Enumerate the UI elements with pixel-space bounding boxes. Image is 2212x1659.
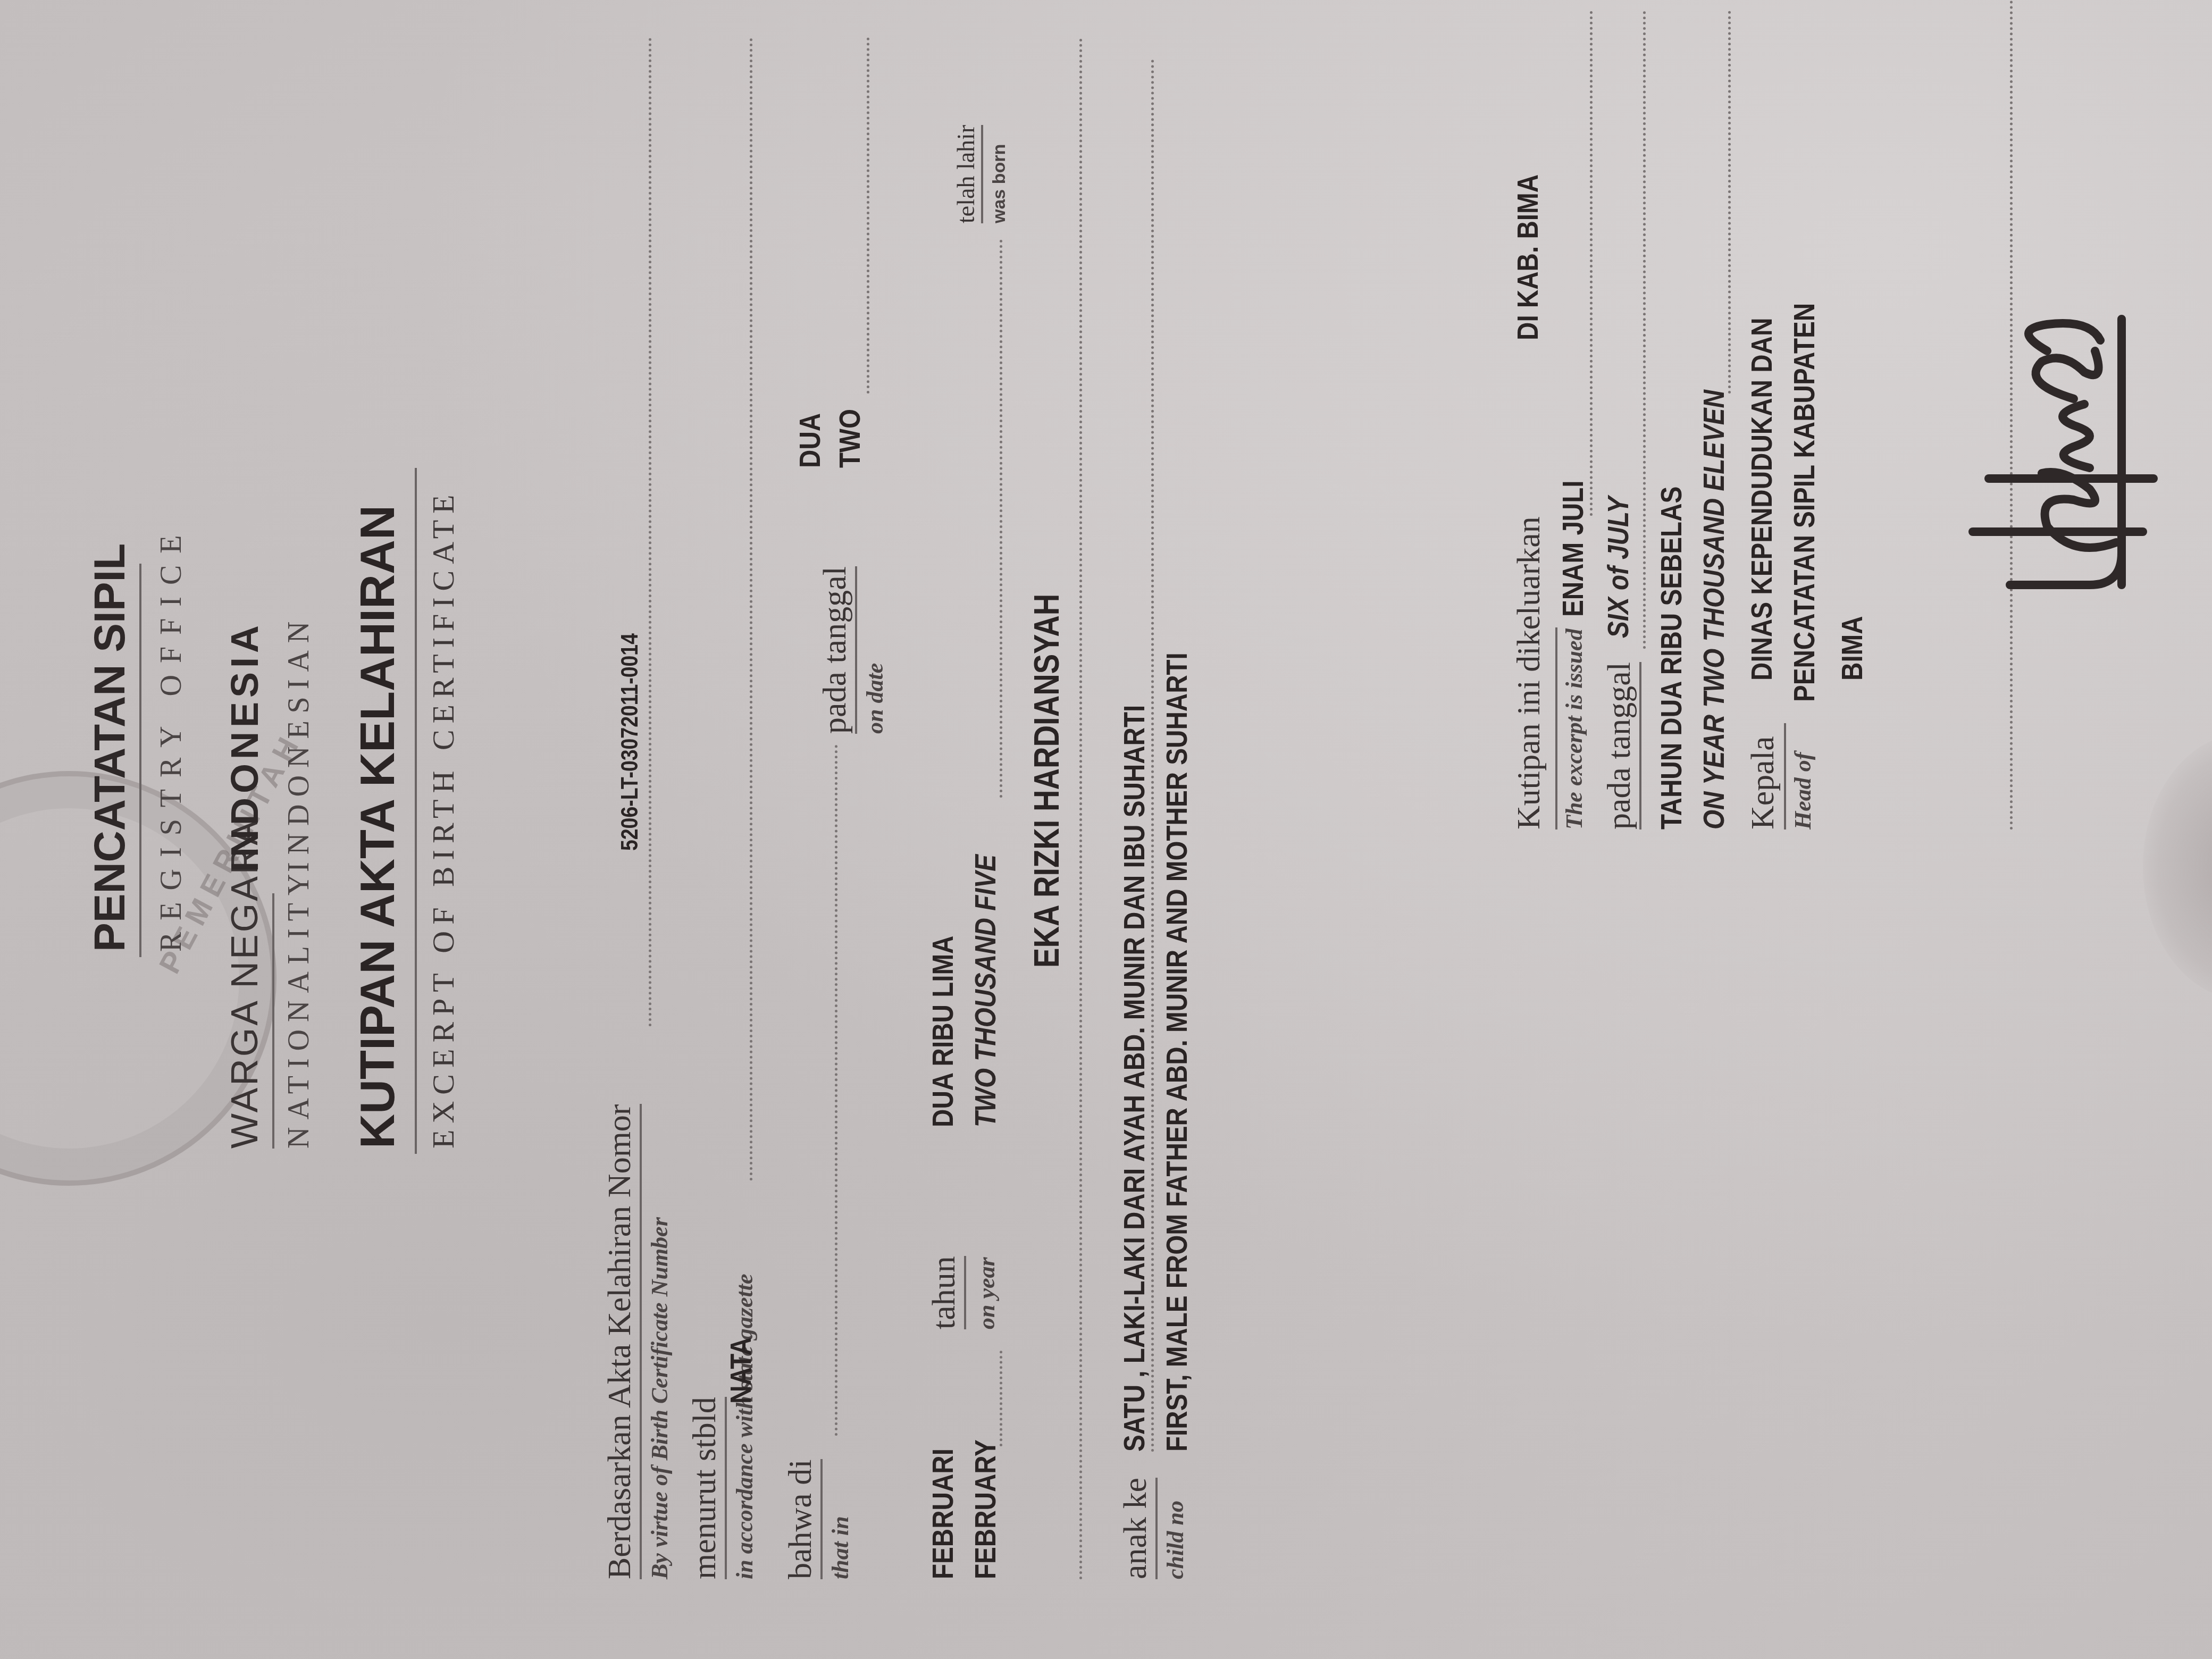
birth-day-en: TWO xyxy=(832,409,867,468)
place-label-en: that in xyxy=(827,1516,854,1579)
issued-year-dotline xyxy=(1728,11,1731,393)
birth-year-en: TWO THOUSAND FIVE xyxy=(968,854,1002,1127)
year-dotline xyxy=(1000,239,1002,798)
stbld-label: menurut stbld xyxy=(686,1397,727,1579)
cert-number-label-en: By virtue of Birth Certificate Number xyxy=(646,1217,673,1579)
issued-date-en: SIX of JULY xyxy=(1601,497,1635,638)
child-description-dotline xyxy=(1151,58,1154,1452)
date-dotline xyxy=(867,37,869,393)
title-underline xyxy=(415,468,417,1154)
cert-number: 5206-LT-03072011-0014 xyxy=(617,633,643,851)
head-value-line3: BIMA xyxy=(1834,616,1869,681)
head-value-line2: PENCATATAN SIPIL KABUPATEN xyxy=(1787,303,1821,702)
certificate-subtitle: EXCERPT OF BIRTH CERTIFICATE xyxy=(425,488,461,1149)
place-dotline xyxy=(835,744,837,1436)
birth-month-en: FEBRUARY xyxy=(968,1439,1002,1579)
child-description-en: FIRST, MALE FROM FATHER ABD. MUNIR AND M… xyxy=(1159,652,1194,1452)
issued-year-id: TAHUN DUA RIBU SEBELAS xyxy=(1654,487,1688,829)
born-label-en: was born xyxy=(989,144,1010,223)
date-label: pada tanggal xyxy=(816,566,857,734)
birth-day-id: DUA xyxy=(792,413,827,468)
stbld-value: NATA xyxy=(723,1337,758,1404)
signature-icon xyxy=(1914,245,2191,649)
nationality-en-value: INDONESIAN xyxy=(282,614,316,872)
cert-number-dotline xyxy=(649,37,651,1026)
year-label: tahun xyxy=(925,1256,966,1329)
place-label: bahwa di xyxy=(782,1459,823,1579)
issued-date-dotline xyxy=(1590,11,1593,516)
child-description-id: SATU , LAKI-LAKI DARI AYAH ABD. MUNIR DA… xyxy=(1117,705,1151,1452)
child-name-dotline xyxy=(1079,37,1082,1579)
child-no-label-en: child no xyxy=(1162,1501,1189,1579)
issued-date-label: pada tanggal xyxy=(1601,662,1641,829)
birth-certificate: PENCATATAN SIPIL REGISTRY OFFICE WARGA N… xyxy=(0,0,2212,1659)
birth-month-id: FEBRUARI xyxy=(925,1448,960,1579)
issued-label-en: The excerpt is issued xyxy=(1561,629,1588,829)
nationality-en-label: NATIONALITY xyxy=(282,867,316,1149)
head-value-line1: DINAS KEPENDUDUKAN DAN xyxy=(1744,318,1779,681)
born-label: telah lahir xyxy=(952,125,983,223)
head-label-en: Head of xyxy=(1789,752,1816,829)
issued-date-id: ENAM JULI xyxy=(1555,480,1590,617)
nationality-value: INDONESIA xyxy=(223,621,267,872)
year-label-en: on year xyxy=(973,1257,1000,1329)
issued-label: Kutipan ini dikeluarkan xyxy=(1510,516,1548,829)
stbld-dotline xyxy=(750,37,752,1180)
stbld-label-en: in accordance with state gazette xyxy=(731,1274,758,1579)
nationality-underline xyxy=(272,893,274,1149)
head-label: Kepala xyxy=(1744,736,1782,829)
office-title: PENCATATAN SIPIL xyxy=(85,543,135,952)
certificate-title: KUTIPAN AKTA KELAHIRAN xyxy=(351,505,406,1149)
date-label-en: on date xyxy=(861,663,889,734)
birth-year-id: DUA RIBU LIMA xyxy=(925,936,960,1127)
month-dotline xyxy=(1000,1351,1002,1446)
child-name: EKA RIZKI HARDIANSYAH xyxy=(1026,594,1067,968)
office-subtitle: REGISTRY OFFICE xyxy=(154,523,188,952)
office-underline xyxy=(139,564,141,957)
issued-place: DI KAB. BIMA xyxy=(1510,174,1545,340)
issued-en-dotline xyxy=(1643,11,1646,649)
cert-number-label: Berdasarkan Akta Kelahiran Nomor xyxy=(601,1104,642,1579)
child-no-label: anak ke xyxy=(1117,1478,1158,1579)
issued-underline xyxy=(1555,627,1557,829)
issued-year-en: ON YEAR TWO THOUSAND ELEVEN xyxy=(1696,390,1731,829)
head-underline xyxy=(1784,723,1786,829)
